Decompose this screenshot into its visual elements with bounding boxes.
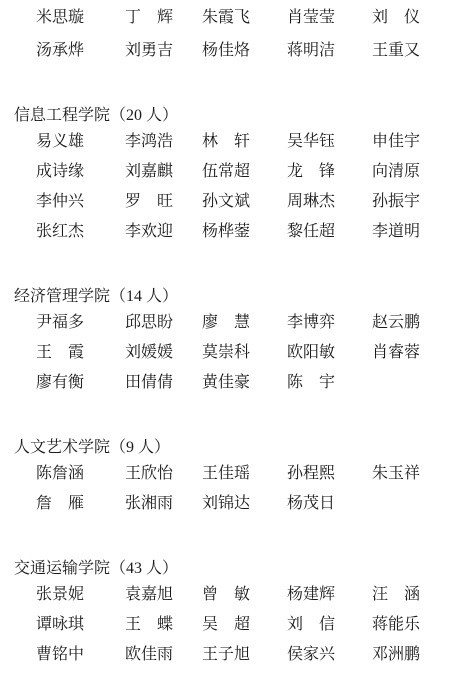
person-name: 朱玉祥 [372,465,457,482]
person-name: 张湘雨 [125,495,202,512]
person-name: 张景妮 [36,586,125,603]
person-name: 王子旭 [202,646,287,663]
section-title: 经济管理学院（14 人） [0,288,461,305]
person-name: 王重又 [372,42,457,59]
name-row: 张红杰李欢迎杨桦蓥黎任超李道明 [0,223,461,240]
name-row: 廖有衡田倩倩黄佳豪陈 宇 [0,374,461,391]
person-name: 李鸿浩 [125,133,202,150]
person-name: 刘锦达 [202,495,287,512]
person-name: 谭咏琪 [36,616,125,633]
person-name: 尹福多 [36,314,125,331]
person-name: 田倩倩 [125,374,202,391]
name-row: 成诗缘刘嘉麒伍常超龙 锋向清原 [0,163,461,180]
person-name: 杨茂日 [287,495,372,512]
person-name: 莫崇科 [202,344,287,361]
person-name: 曹铭中 [36,646,125,663]
person-name: 黎任超 [287,223,372,240]
person-name: 刘 信 [287,616,372,633]
roster-content: 米思璇丁 辉朱霞飞肖莹莹刘 仪汤承烨刘勇吉杨佳烙蒋明洁王重又信息工程学院（20 … [0,9,461,663]
name-row: 汤承烨刘勇吉杨佳烙蒋明洁王重又 [0,42,461,59]
person-name: 龙 锋 [287,163,372,180]
person-name: 米思璇 [36,9,125,26]
name-row: 曹铭中欧佳雨王子旭侯家兴邓洲鹏 [0,646,461,663]
person-name: 孙文斌 [202,193,287,210]
person-name: 曾 敏 [202,586,287,603]
person-name: 蒋能乐 [372,616,457,633]
person-name: 陈詹涵 [36,465,125,482]
person-name: 赵云鹏 [372,314,457,331]
person-name: 伍常超 [202,163,287,180]
person-name: 刘媛媛 [125,344,202,361]
person-name: 汪 涵 [372,586,457,603]
section-title: 人文艺术学院（9 人） [0,439,461,456]
person-name: 陈 宇 [287,374,372,391]
person-name: 肖睿蓉 [372,344,457,361]
section-title: 信息工程学院（20 人） [0,107,461,124]
person-name: 杨佳烙 [202,42,287,59]
person-name: 廖有衡 [36,374,125,391]
person-name: 王 霞 [36,344,125,361]
person-name: 朱霞飞 [202,9,287,26]
person-name: 李博弈 [287,314,372,331]
person-name: 林 轩 [202,133,287,150]
person-name: 吴 超 [202,616,287,633]
person-name: 申佳宇 [372,133,457,150]
person-name: 刘嘉麒 [125,163,202,180]
name-row: 谭咏琪王 蝶吴 超刘 信蒋能乐 [0,616,461,633]
name-row: 张景妮袁嘉旭曾 敏杨建辉汪 涵 [0,586,461,603]
person-name: 黄佳豪 [202,374,287,391]
person-name: 詹 雁 [36,495,125,512]
section-title: 交通运输学院（43 人） [0,560,461,577]
name-row: 尹福多邱思盼廖 慧李博弈赵云鹏 [0,314,461,331]
person-name: 周琳杰 [287,193,372,210]
person-name: 张红杰 [36,223,125,240]
person-name: 侯家兴 [287,646,372,663]
person-name: 罗 旺 [125,193,202,210]
person-name: 丁 辉 [125,9,202,26]
person-name: 李道明 [372,223,457,240]
person-name: 孙程熙 [287,465,372,482]
person-name: 蒋明洁 [287,42,372,59]
person-name: 杨建辉 [287,586,372,603]
name-row: 易义雄李鸿浩林 轩吴华钰申佳宇 [0,133,461,150]
person-name: 汤承烨 [36,42,125,59]
person-name: 袁嘉旭 [125,586,202,603]
person-name: 向清原 [372,163,457,180]
person-name: 邱思盼 [125,314,202,331]
person-name: 欧佳雨 [125,646,202,663]
person-name: 邓洲鹏 [372,646,457,663]
name-row: 陈詹涵王欣怡王佳瑶孙程熙朱玉祥 [0,465,461,482]
person-name: 王 蝶 [125,616,202,633]
person-name: 欧阳敏 [287,344,372,361]
person-name: 李仲兴 [36,193,125,210]
name-row: 米思璇丁 辉朱霞飞肖莹莹刘 仪 [0,9,461,26]
name-row: 詹 雁张湘雨刘锦达杨茂日 [0,495,461,512]
person-name: 刘勇吉 [125,42,202,59]
document-page: 米思璇丁 辉朱霞飞肖莹莹刘 仪汤承烨刘勇吉杨佳烙蒋明洁王重又信息工程学院（20 … [0,0,461,682]
person-name: 刘 仪 [372,9,457,26]
person-name: 杨桦蓥 [202,223,287,240]
person-name: 李欢迎 [125,223,202,240]
name-row: 王 霞刘媛媛莫崇科欧阳敏肖睿蓉 [0,344,461,361]
person-name: 王欣怡 [125,465,202,482]
person-name: 成诗缘 [36,163,125,180]
person-name: 王佳瑶 [202,465,287,482]
person-name: 廖 慧 [202,314,287,331]
name-row: 李仲兴罗 旺孙文斌周琳杰孙振宇 [0,193,461,210]
person-name: 肖莹莹 [287,9,372,26]
person-name: 吴华钰 [287,133,372,150]
person-name: 易义雄 [36,133,125,150]
person-name: 孙振宇 [372,193,457,210]
